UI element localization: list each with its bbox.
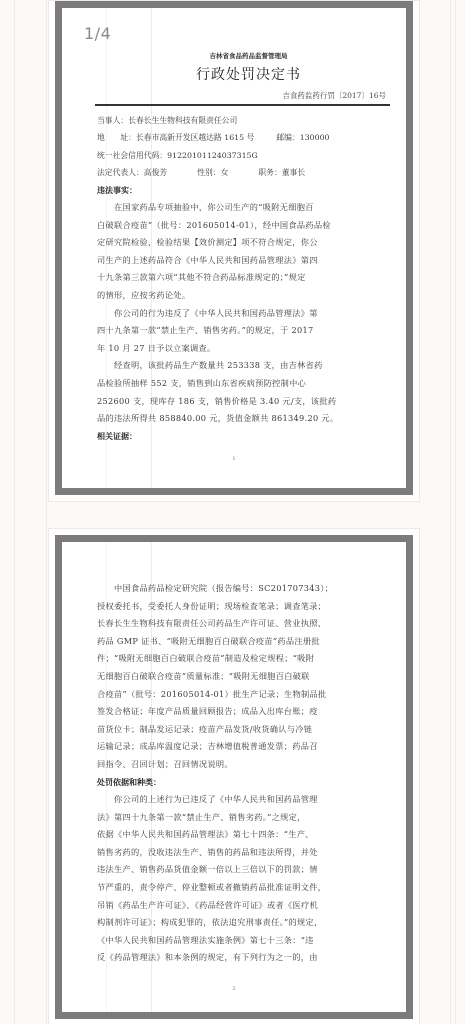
evidence-line: 签发合格证；年度产品质量回顾报告；成品入出库台账；疫 bbox=[97, 703, 390, 721]
penalty-line: 法》第四十九条第一款“禁止生产、销售劣药。”之规定， bbox=[97, 809, 390, 827]
credit-code-label: 统一社会信用代码： bbox=[97, 151, 167, 160]
penalty-line: 销售劣药的，没收违法生产、销售的药品和违法所得，并处 bbox=[97, 844, 390, 862]
gender-value: 女 bbox=[221, 168, 229, 177]
facts-line: 在国家药品专项抽验中，你公司生产的“吸附无细胞百 bbox=[97, 199, 390, 217]
evidence-line: 无细胞百白破联合疫苗”质量标准；“吸附无细胞百白破联 bbox=[97, 668, 390, 686]
penalty-line: 节严重的，责令停产、停业整顿或者撤销药品批准证明文件， bbox=[97, 879, 390, 897]
position-value: 董事长 bbox=[282, 168, 305, 177]
header-rule bbox=[95, 104, 390, 106]
party-value: 长春长生生物科技有限责任公司 bbox=[128, 116, 237, 125]
facts-heading: 违法事实： bbox=[97, 182, 390, 200]
penalty-line: 反《药品管理法》和本条例的规定，有下列行为之一的，由 bbox=[97, 949, 390, 967]
facts-line: 品检验所抽样 552 支，销售到山东省疾病预防控制中心 bbox=[97, 375, 390, 393]
evidence-line: 合疫苗”（批号：201605014-01）批生产记录；生物制品批 bbox=[97, 686, 390, 704]
penalty-line: 违法生产、销售药品货值金额一倍以上三倍以下的罚款；情 bbox=[97, 861, 390, 879]
evidence-line: 苗货位卡；制品发运记录；疫苗产品发货/收货确认与冷链 bbox=[97, 721, 390, 739]
address-label: 地 址： bbox=[97, 133, 136, 142]
postcode-label: 邮编： bbox=[276, 133, 299, 142]
evidence-line: 授权委托书，受委托人身份证明；现场检查笔录；调查笔录； bbox=[97, 598, 390, 616]
evidence-line: 长春长生生物科技有限责任公司药品生产许可证、营业执照、 bbox=[97, 615, 390, 633]
scanned-page-1: 1/4 吉林省食品药品监督管理局 行政处罚决定书 吉食药监药行罚〔2017〕16… bbox=[55, 1, 413, 495]
party-label: 当事人： bbox=[97, 116, 128, 125]
right-gutter-line bbox=[450, 0, 451, 1024]
left-gutter-line-inner bbox=[46, 0, 47, 1024]
facts-line: 四十九条第一款“禁止生产、销售劣药。”的规定，于 2017 bbox=[97, 322, 390, 340]
right-gutter-line-outer bbox=[455, 0, 456, 1024]
credit-code-value: 91220101124037315G bbox=[167, 151, 258, 160]
facts-line: 你公司的行为违反了《中华人民共和国药品管理法》第 bbox=[97, 305, 390, 323]
party-line: 当事人：长春长生生物科技有限责任公司 bbox=[97, 112, 390, 130]
facts-line: 白破联合疫苗”（批号：201605014-01），经中国食品药品检 bbox=[97, 217, 390, 235]
penalty-line: 《中华人民共和国药品管理法实施条例》第七十三条：“违 bbox=[97, 932, 390, 950]
legal-rep-value: 高俊芳 bbox=[144, 168, 167, 177]
facts-line: 的情形，应按劣药论处。 bbox=[97, 287, 390, 305]
penalty-heading: 处罚依据和种类： bbox=[97, 774, 390, 792]
document-page-1[interactable]: 1/4 吉林省食品药品监督管理局 行政处罚决定书 吉食药监药行罚〔2017〕16… bbox=[48, 0, 420, 502]
evidence-line: 中国食品药品检定研究院（报告编号：SC201707343）； bbox=[97, 580, 390, 598]
document-body-page-1: 吉林省食品药品监督管理局 行政处罚决定书 吉食药监药行罚〔2017〕16号 当事… bbox=[97, 51, 390, 445]
document-body-page-2: 中国食品药品检定研究院（报告编号：SC201707343）； 授权委托书，受委托… bbox=[97, 580, 390, 967]
left-gutter-line bbox=[14, 0, 15, 1024]
facts-line: 品的违法所得共 858840.00 元，货值金额共 861349.20 元。 bbox=[97, 410, 390, 428]
evidence-line: 药品 GMP 证书、“吸附无细胞百白破联合疫苗”药品注册批 bbox=[97, 633, 390, 651]
facts-line: 252600 支，现库存 186 支，销售价格是 3.40 元/支，该批药 bbox=[97, 393, 390, 411]
penalty-line: 吊销《药品生产许可证》、《药品经营许可证》或者《医疗机 bbox=[97, 897, 390, 915]
address-value: 长春市高新开发区越达路 1615 号 bbox=[136, 133, 254, 142]
evidence-line: 件；“吸附无细胞百白破联合疫苗”制造及检定规程；“吸附 bbox=[97, 650, 390, 668]
address-line: 地 址：长春市高新开发区越达路 1615 号邮编：130000 bbox=[97, 129, 390, 147]
facts-line: 十九条第三款第六项“其他不符合药品标准规定的；”规定 bbox=[97, 269, 390, 287]
document-number: 吉食药监药行罚〔2017〕16号 bbox=[97, 90, 390, 101]
penalty-line: 依据《中华人民共和国药品管理法》第七十四条：“生产、 bbox=[97, 826, 390, 844]
page-counter: 1/4 bbox=[84, 24, 111, 43]
document-page-2[interactable]: 中国食品药品检定研究院（报告编号：SC201707343）； 授权委托书，受委托… bbox=[48, 528, 420, 1024]
document-title: 行政处罚决定书 bbox=[107, 64, 390, 84]
page-folio: 2 bbox=[62, 986, 406, 992]
facts-line: 司生产的上述药品符合《中华人民共和国药品管理法》第四 bbox=[97, 252, 390, 270]
legal-rep-label: 法定代表人： bbox=[97, 168, 144, 177]
penalty-line: 你公司的上述行为已违反了《中华人民共和国药品管理 bbox=[97, 791, 390, 809]
postcode-value: 130000 bbox=[300, 133, 330, 142]
scanned-page-2: 中国食品药品检定研究院（报告编号：SC201707343）； 授权委托书，受委托… bbox=[55, 535, 413, 1019]
facts-line: 年 10 月 27 日予以立案调查。 bbox=[97, 340, 390, 358]
credit-code-line: 统一社会信用代码：91220101124037315G bbox=[97, 147, 390, 165]
facts-line: 定研究院检验，检验结果【效价测定】项不符合规定，你公 bbox=[97, 234, 390, 252]
gender-label: 性别： bbox=[197, 168, 220, 177]
evidence-heading: 相关证据： bbox=[97, 428, 390, 446]
facts-line: 经查明，该批药品生产数量共 253338 支，由吉林省药 bbox=[97, 357, 390, 375]
evidence-line: 运输记录；成品库温度记录；吉林增值税普通发票；药品召 bbox=[97, 738, 390, 756]
evidence-line: 回指令、召回计划；召回情况说明。 bbox=[97, 756, 390, 774]
position-label: 职务： bbox=[258, 168, 281, 177]
page-folio: 1 bbox=[62, 456, 406, 462]
issuing-agency: 吉林省食品药品监督管理局 bbox=[107, 51, 390, 60]
penalty-line: 构制剂许可证》；构成犯罪的，依法追究刑事责任。”的规定， bbox=[97, 914, 390, 932]
legal-rep-line: 法定代表人：高俊芳性别：女职务：董事长 bbox=[97, 164, 390, 182]
